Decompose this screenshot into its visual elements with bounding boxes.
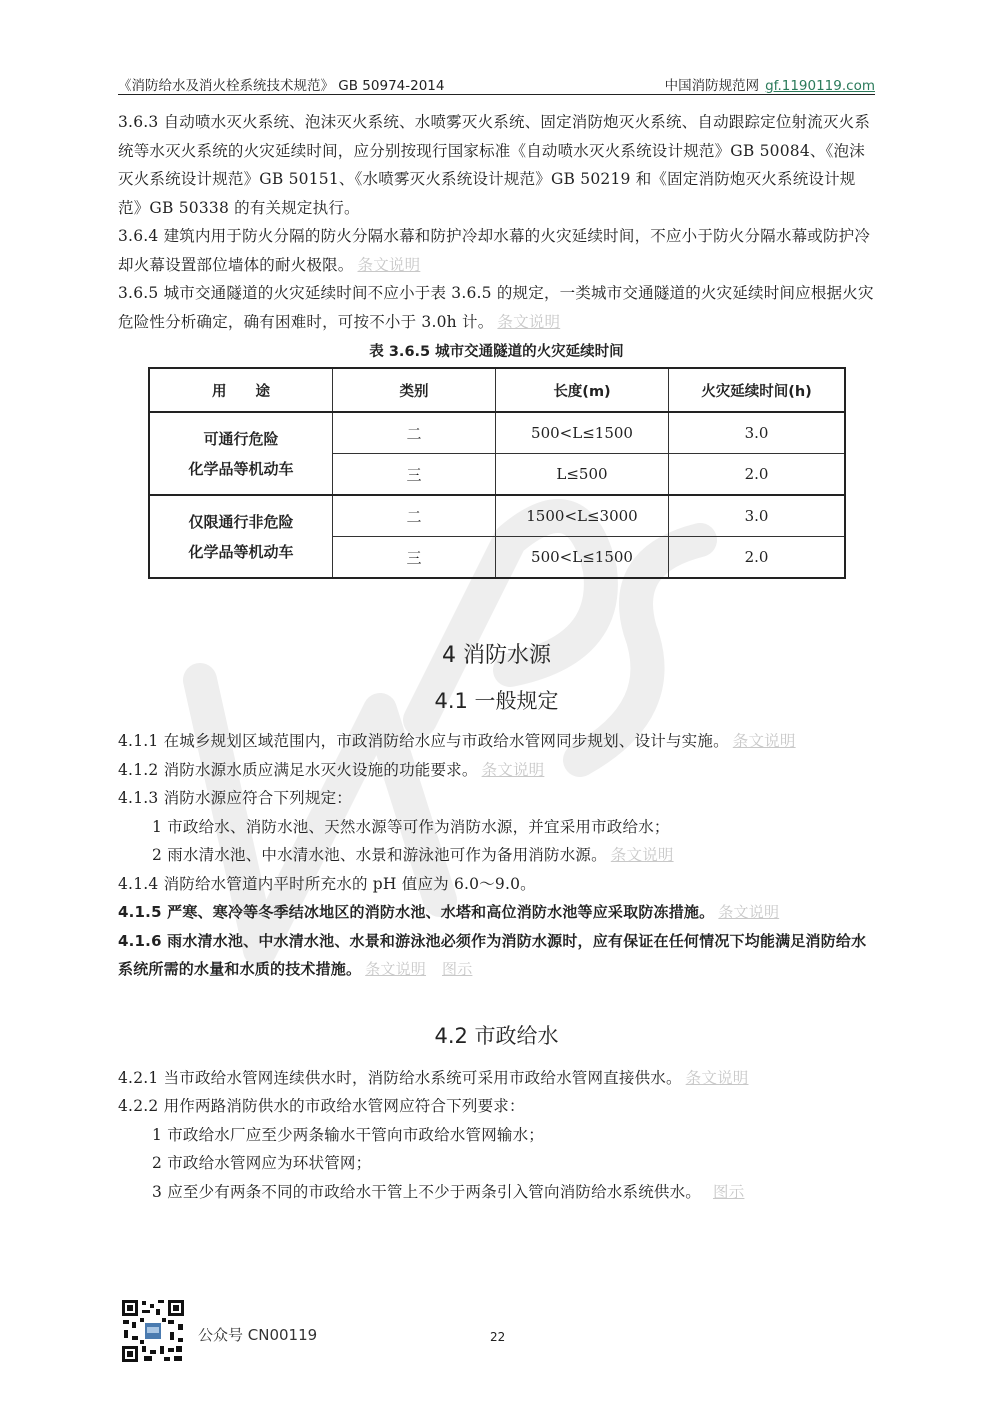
page-header: 《消防给水及消火栓系统技术规范》 GB 50974-2014 中国消防规范网gf… (118, 72, 875, 95)
explanation-link[interactable]: 条文说明 (733, 732, 796, 750)
section-4-1-title: 4.1 一般规定 (118, 681, 875, 721)
length-cell: 500<L≤1500 (496, 537, 669, 579)
diagram-link[interactable]: 图示 (442, 960, 472, 978)
clause-3-6-4: 3.6.4 建筑内用于防火分隔的防火分隔水幕和防护冷却水幕的火灾延续时间，不应小… (118, 222, 875, 279)
diagram-link[interactable]: 图示 (713, 1183, 744, 1201)
table-title: 表 3.6.5 城市交通隧道的火灾延续时间 (118, 340, 875, 361)
category-cell: 三 (333, 454, 496, 496)
use-cell: 可通行危险化学品等机动车 (149, 412, 333, 495)
clause-4-2-2: 4.2.2 用作两路消防供水的市政给水管网应符合下列要求： (118, 1092, 875, 1121)
clause-4-1-3: 4.1.3 消防水源应符合下列规定： (118, 784, 875, 813)
clause-4-2-2-item-2: 2 市政给水管网应为环状管网； (118, 1149, 875, 1178)
duration-cell: 3.0 (669, 412, 846, 454)
duration-cell: 3.0 (669, 495, 846, 537)
clause-4-1-4: 4.1.4 消防给水管道内平时所充水的 pH 值应为 6.0～9.0。 (118, 870, 875, 899)
column-header: 火灾延续时间(h) (669, 368, 846, 412)
wechat-account: 公众号 CN00119 (198, 1324, 317, 1345)
column-header: 用 途 (149, 368, 333, 412)
table-row: 仅限通行非危险化学品等机动车 二 1500<L≤3000 3.0 (149, 495, 845, 537)
explanation-link[interactable]: 条文说明 (611, 846, 674, 864)
explanation-link[interactable]: 条文说明 (482, 761, 545, 779)
page-number: 22 (490, 1330, 505, 1344)
use-cell: 仅限通行非危险化学品等机动车 (149, 495, 333, 578)
clause-4-1-6: 4.1.6 雨水清水池、中水清水池、水景和游泳池必须作为消防水源时，应有保证在任… (118, 927, 875, 984)
clause-4-1-1: 4.1.1 在城乡规划区域范围内，市政消防给水应与市政给水管网同步规划、设计与实… (118, 727, 875, 756)
duration-cell: 2.0 (669, 537, 846, 579)
clause-3-6-3: 3.6.3 自动喷水灭火系统、泡沫灭火系统、水喷雾灭火系统、固定消防炮灭火系统、… (118, 108, 875, 222)
clause-3-6-5: 3.6.5 城市交通隧道的火灾延续时间不应小于表 3.6.5 的规定，一类城市交… (118, 279, 875, 336)
document-title: 《消防给水及消火栓系统技术规范》 GB 50974-2014 (118, 74, 444, 94)
clause-4-1-3-item-2: 2 雨水清水池、中水清水池、水景和游泳池可作为备用消防水源。条文说明 (118, 841, 875, 870)
explanation-link[interactable]: 条文说明 (497, 313, 560, 331)
clause-4-1-3-item-1: 1 市政给水、消防水池、天然水源等可作为消防水源，并宜采用市政给水； (118, 813, 875, 842)
category-cell: 三 (333, 537, 496, 579)
clause-4-1-2: 4.1.2 消防水源水质应满足水灭火设施的功能要求。条文说明 (118, 756, 875, 785)
clause-4-2-2-item-1: 1 市政给水厂应至少两条输水干管向市政给水管网输水； (118, 1121, 875, 1150)
chapter-4-title: 4 消防水源 (118, 635, 875, 677)
duration-cell: 2.0 (669, 454, 846, 496)
section-4-2-title: 4.2 市政给水 (118, 1016, 875, 1056)
table-header-row: 用 途 类别 长度(m) 火灾延续时间(h) (149, 368, 845, 412)
explanation-link[interactable]: 条文说明 (365, 960, 426, 978)
clause-4-2-2-item-3: 3 应至少有两条不同的市政给水干管上不少于两条引入管向消防给水系统供水。图示 (118, 1178, 875, 1207)
tunnel-fire-duration-table: 用 途 类别 长度(m) 火灾延续时间(h) 可通行危险化学品等机动车 二 50… (148, 367, 846, 579)
column-header: 类别 (333, 368, 496, 412)
qr-code-icon[interactable] (120, 1298, 186, 1364)
clause-4-2-1: 4.2.1 当市政给水管网连续供水时，消防给水系统可采用市政给水管网直接供水。条… (118, 1064, 875, 1093)
category-cell: 二 (333, 495, 496, 537)
explanation-link[interactable]: 条文说明 (686, 1069, 749, 1087)
table-row: 可通行危险化学品等机动车 二 500<L≤1500 3.0 (149, 412, 845, 454)
length-cell: L≤500 (496, 454, 669, 496)
clause-4-1-5: 4.1.5 严寒、寒冷等冬季结冰地区的消防水池、水塔和高位消防水池等应采取防冻措… (118, 898, 875, 927)
length-cell: 500<L≤1500 (496, 412, 669, 454)
column-header: 长度(m) (496, 368, 669, 412)
site-link[interactable]: gf.1190119.com (765, 78, 875, 94)
length-cell: 1500<L≤3000 (496, 495, 669, 537)
explanation-link[interactable]: 条文说明 (358, 256, 421, 274)
site-name: 中国消防规范网 (665, 78, 760, 94)
site-info: 中国消防规范网gf.1190119.com (665, 74, 875, 94)
category-cell: 二 (333, 412, 496, 454)
explanation-link[interactable]: 条文说明 (718, 903, 779, 921)
page-footer: 公众号 CN00119 22 (120, 1298, 880, 1368)
document-body: 3.6.3 自动喷水灭火系统、泡沫灭火系统、水喷雾灭火系统、固定消防炮灭火系统、… (118, 108, 875, 1206)
